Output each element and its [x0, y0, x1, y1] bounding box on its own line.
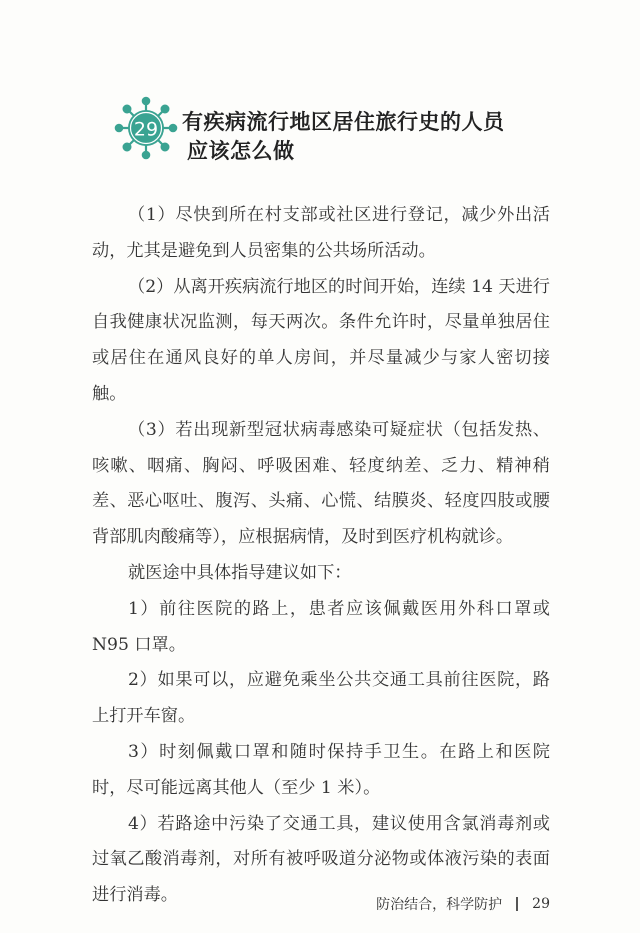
page-number: 29 — [532, 896, 550, 912]
body-text: （1）尽快到所在村支部或社区进行登记，减少外出活动，尤其是避免到人员密集的公共场… — [92, 198, 550, 914]
paragraph-3: （3）若出现新型冠状病毒感染可疑症状（包括发热、咳嗽、咽痛、胸闷、呼吸困难、轻度… — [92, 413, 550, 556]
guidance-item-1: 1）前往医院的路上，患者应该佩戴医用外科口罩或 N95 口罩。 — [92, 592, 550, 664]
virus-number-badge-icon: 29 — [114, 96, 178, 160]
section-header: 29 有疾病流行地区居住旅行史的人员 应该怎么做 — [114, 96, 554, 176]
guidance-item-2: 2）如果可以，应避免乘坐公共交通工具前往医院，路上打开车窗。 — [92, 663, 550, 735]
svg-text:29: 29 — [134, 119, 158, 141]
paragraph-2: （2）从离开疾病流行地区的时间开始，连续 14 天进行自我健康状况监测，每天两次… — [92, 270, 550, 413]
paragraph-guidance-intro: 就医途中具体指导建议如下： — [92, 556, 550, 592]
page-footer: 防治结合，科学防护 29 — [376, 894, 550, 914]
page-title: 有疾病流行地区居住旅行史的人员 应该怎么做 — [182, 108, 505, 166]
footer-divider — [516, 897, 518, 911]
running-title: 防治结合，科学防护 — [376, 894, 502, 914]
guidance-item-3: 3）时刻佩戴口罩和随时保持手卫生。在路上和医院时，尽可能远离其他人（至少 1 米… — [92, 735, 550, 807]
title-line-2: 应该怎么做 — [182, 137, 505, 166]
paragraph-1: （1）尽快到所在村支部或社区进行登记，减少外出活动，尤其是避免到人员密集的公共场… — [92, 198, 550, 270]
title-line-1: 有疾病流行地区居住旅行史的人员 — [182, 110, 505, 134]
